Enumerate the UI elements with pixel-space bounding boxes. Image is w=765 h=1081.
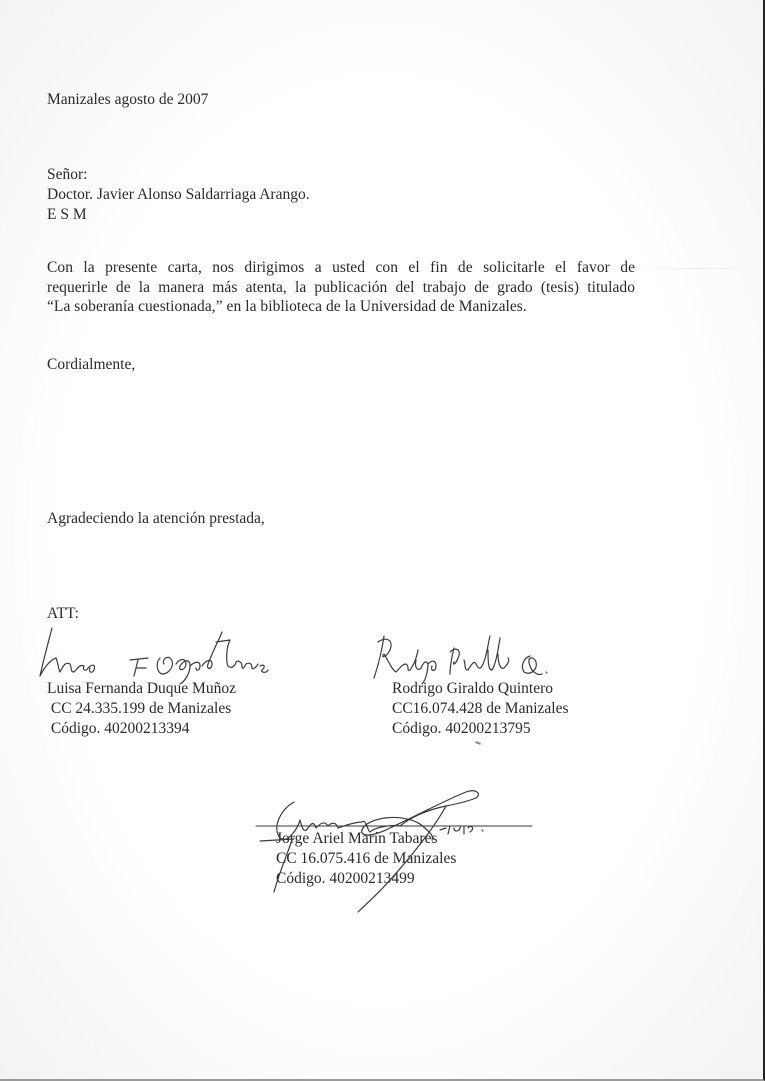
recipient-suffix: E S M (47, 205, 87, 225)
att-label: ATT: (47, 604, 79, 624)
signatory-rodrigo: Rodrigo Giraldo Quintero CC16.074.428 de… (392, 679, 569, 739)
letter-body: Con la presente carta, nos dirigimos a u… (47, 258, 635, 317)
signatory-name: Luisa Fernanda Duque Muñoz (47, 679, 236, 699)
scanned-letter-page: Manizales agosto de 2007 Señor: Doctor. … (0, 0, 765, 1081)
salutation: Señor: (47, 165, 87, 185)
signatory-luisa: Luisa Fernanda Duque Muñoz CC 24.335.199… (47, 679, 236, 739)
scan-artifact (635, 268, 755, 269)
recipient-name: Doctor. Javier Alonso Saldarriaga Arango… (47, 185, 310, 205)
signatory-id: CC 16.075.416 de Manizales (276, 849, 456, 869)
signatory-jorge: Jorge Ariel Marín Tabares CC 16.075.416 … (276, 829, 456, 889)
signatory-code: Código. 40200213394 (47, 719, 236, 739)
thanks-line: Agradeciendo la atención prestada, (47, 509, 265, 529)
body-line: requerirle de la manera más atenta, la p… (47, 278, 635, 298)
signatory-code: Código. 40200213795 (392, 719, 569, 739)
signature-luisa (30, 618, 280, 688)
signatory-name: Jorge Ariel Marín Tabares (276, 829, 456, 849)
signatory-id: CC 24.335.199 de Manizales (47, 699, 236, 719)
scan-speck (475, 741, 481, 745)
signatory-name: Rodrigo Giraldo Quintero (392, 679, 569, 699)
body-line: “La soberanía cuestionada,” en la biblio… (47, 297, 635, 317)
signatory-code: Código. 40200213499 (276, 869, 456, 889)
body-line: Con la presente carta, nos dirigimos a u… (47, 258, 635, 278)
closing: Cordialmente, (47, 355, 135, 375)
place-date: Manizales agosto de 2007 (47, 90, 208, 110)
signatory-id: CC16.074.428 de Manizales (392, 699, 569, 719)
